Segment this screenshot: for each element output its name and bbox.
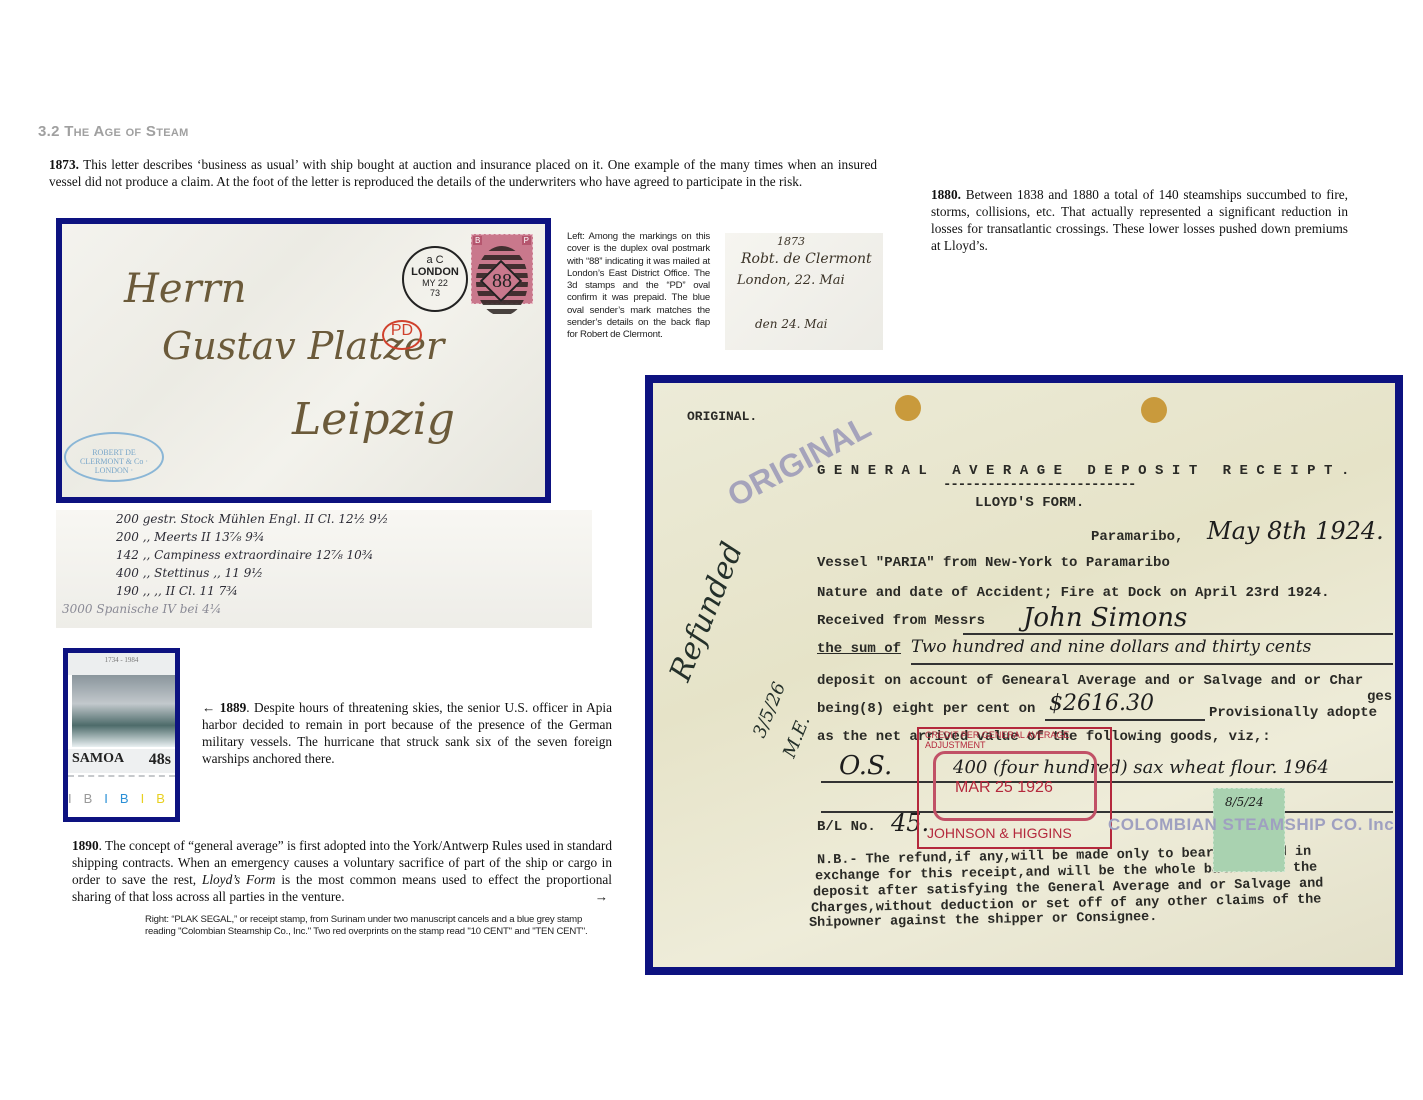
goods-mark: O.S. — [839, 751, 892, 781]
amount: $2616.30 — [1049, 691, 1154, 716]
postmark-line-4: 73 — [404, 288, 466, 298]
pd-mark: PD — [382, 320, 422, 350]
original-label: ORIGINAL. — [687, 409, 757, 424]
colombian-steamship-stamp: COLOMBIAN STEAMSHIP CO. Inc. — [1108, 815, 1399, 835]
slip-line-2: 200 ,, Meerts II 13⅞ 9¾ — [116, 530, 264, 544]
slip-line-1: 200 gestr. Stock Mühlen Engl. II Cl. 12½… — [116, 512, 388, 526]
punch-hole-icon — [895, 395, 921, 421]
sender-oval-mark: ROBERT DE CLERMONT & Co · LONDON · — [64, 432, 164, 482]
deposit-receipt-image: ORIGINAL. ORIGINAL GENERAL AVERAGE DEPOS… — [645, 375, 1403, 975]
johnson-higgins-stamp: CREDIT PER GENERAL AVERAGE ADJUSTMENT MA… — [917, 727, 1112, 849]
postmark-line-2: LONDON — [404, 266, 466, 278]
flap-line-4: den 24. Mai — [755, 317, 828, 331]
received-from: John Simons — [1023, 603, 1187, 633]
red-stamp-date: MAR 25 1926 — [955, 779, 1053, 797]
year-1873: 1873. — [49, 157, 79, 172]
accident-line: Nature and date of Accident; Fire at Doc… — [817, 585, 1329, 601]
received-label: Received from Messrs — [817, 613, 985, 629]
back-flap-image: 1873 Robt. de Clermont London, 22. Mai d… — [725, 233, 883, 350]
bl-label: B/L No. — [817, 819, 876, 835]
samoa-header: 1734 - 1984 — [68, 653, 175, 675]
london-postmark: a C LONDON MY 22 73 — [402, 246, 468, 312]
stamp-corner-right: P — [522, 236, 531, 245]
right-arrow-icon: → — [595, 888, 608, 905]
flap-line-3: London, 22. Mai — [737, 273, 845, 288]
paragraph-1880: 1880. Between 1838 and 1880 a total of 1… — [931, 186, 1348, 254]
flap-line-2: Robt. de Clermont — [741, 251, 872, 267]
left-arrow-icon: ← — [202, 700, 215, 715]
cover-1873-image: Herrn Gustav Platzer Leipzig B P 88 a C … — [56, 218, 551, 503]
postmark-line-3: MY 22 — [404, 278, 466, 288]
being-line: being(8) eight per cent on — [817, 701, 1035, 717]
flap-line-1: 1873 — [777, 235, 805, 248]
provisionally-text: Provisionally adopte — [1209, 705, 1377, 721]
sum-rule — [911, 663, 1393, 665]
samoa-country: SAMOA — [72, 751, 124, 766]
section-title: 3.2 The Age of Steam — [38, 123, 189, 140]
slip-line-4: 400 ,, Stettinus ,, 11 9½ — [116, 566, 263, 580]
caption-right: Right: “PLAK SEGAL,” or receipt stamp, f… — [145, 914, 615, 939]
samoa-label: SAMOA 48s — [68, 749, 175, 773]
year-1890: 1890 — [72, 838, 99, 853]
sender-oval-text: ROBERT DE CLERMONT & Co · LONDON · — [66, 434, 162, 475]
stamp-cancel: 8/5/24 — [1225, 795, 1264, 809]
red-stamp-header: CREDIT PER GENERAL AVERAGE ADJUSTMENT — [925, 730, 1110, 750]
sum-words: Two hundred and nine dollars and thirty … — [911, 637, 1311, 657]
address-line-1: Herrn — [124, 266, 247, 312]
stamp-corner-left: B — [473, 236, 482, 245]
receipt-subtitle: LLOYD'S FORM. — [975, 495, 1084, 511]
address-line-3: Leipzig — [292, 394, 455, 445]
slip-line-3: 142 ,, Campiness extraordinaire 12⅞ 10¾ — [116, 548, 373, 562]
paragraph-1873-text: This letter describes ‘business as usual… — [49, 157, 877, 189]
plate-mark-1: IB — [68, 791, 104, 806]
slip-line-6: 3000 Spanische IV bei 4¼ — [62, 602, 221, 616]
amount-rule — [1045, 719, 1205, 721]
paragraph-1880-text: Between 1838 and 1880 a total of 140 ste… — [931, 187, 1348, 253]
year-1880: 1880. — [931, 187, 961, 202]
underwriters-slip-image: 200 gestr. Stock Mühlen Engl. II Cl. 12½… — [56, 510, 592, 628]
received-rule — [963, 633, 1393, 635]
ship-in-storm-icon — [72, 675, 175, 747]
slip-line-5: 190 ,, ,, II Cl. 11 7¾ — [116, 584, 238, 598]
caption-left: Left: Among the markings on this cover i… — [567, 231, 710, 342]
year-1889: 1889 — [220, 700, 247, 715]
plate-mark-3: IB — [141, 791, 177, 806]
vessel-line: Vessel "PARIA" from New-York to Paramari… — [817, 555, 1170, 571]
postmark-number: 88 — [486, 270, 518, 293]
punch-hole-icon — [1141, 397, 1167, 423]
red-stamp-company: JOHNSON & HIGGINS — [927, 825, 1072, 841]
paragraph-1889-text: . Despite hours of threatening skies, th… — [202, 700, 612, 766]
perforation — [68, 775, 175, 777]
sum-label: the sum of — [817, 641, 901, 657]
paragraph-1889: ← 1889. Despite hours of threatening ski… — [202, 699, 612, 767]
receipt-date: May 8th 1924. — [1207, 517, 1384, 545]
deposit-line: deposit on account of Genearal Average a… — [817, 673, 1363, 689]
paragraph-1873: 1873. This letter describes ‘business as… — [49, 156, 877, 190]
paragraph-1890: 1890. The concept of “general average” i… — [72, 837, 612, 905]
receipt-place: Paramaribo, — [1091, 529, 1183, 545]
plate-marks: IBIBIB — [68, 791, 175, 806]
plate-mark-2: IB — [104, 791, 140, 806]
postmark-line-1: a C — [404, 254, 466, 266]
lloyds-form-italic: Lloyd’s Form — [202, 872, 276, 887]
samoa-stamp-image: 1734 - 1984 SAMOA 48s IBIBIB — [63, 648, 180, 822]
ges-text: ges — [1367, 689, 1392, 705]
title-dashes: -------------------------- — [943, 477, 1135, 493]
samoa-value: 48s — [149, 751, 171, 769]
